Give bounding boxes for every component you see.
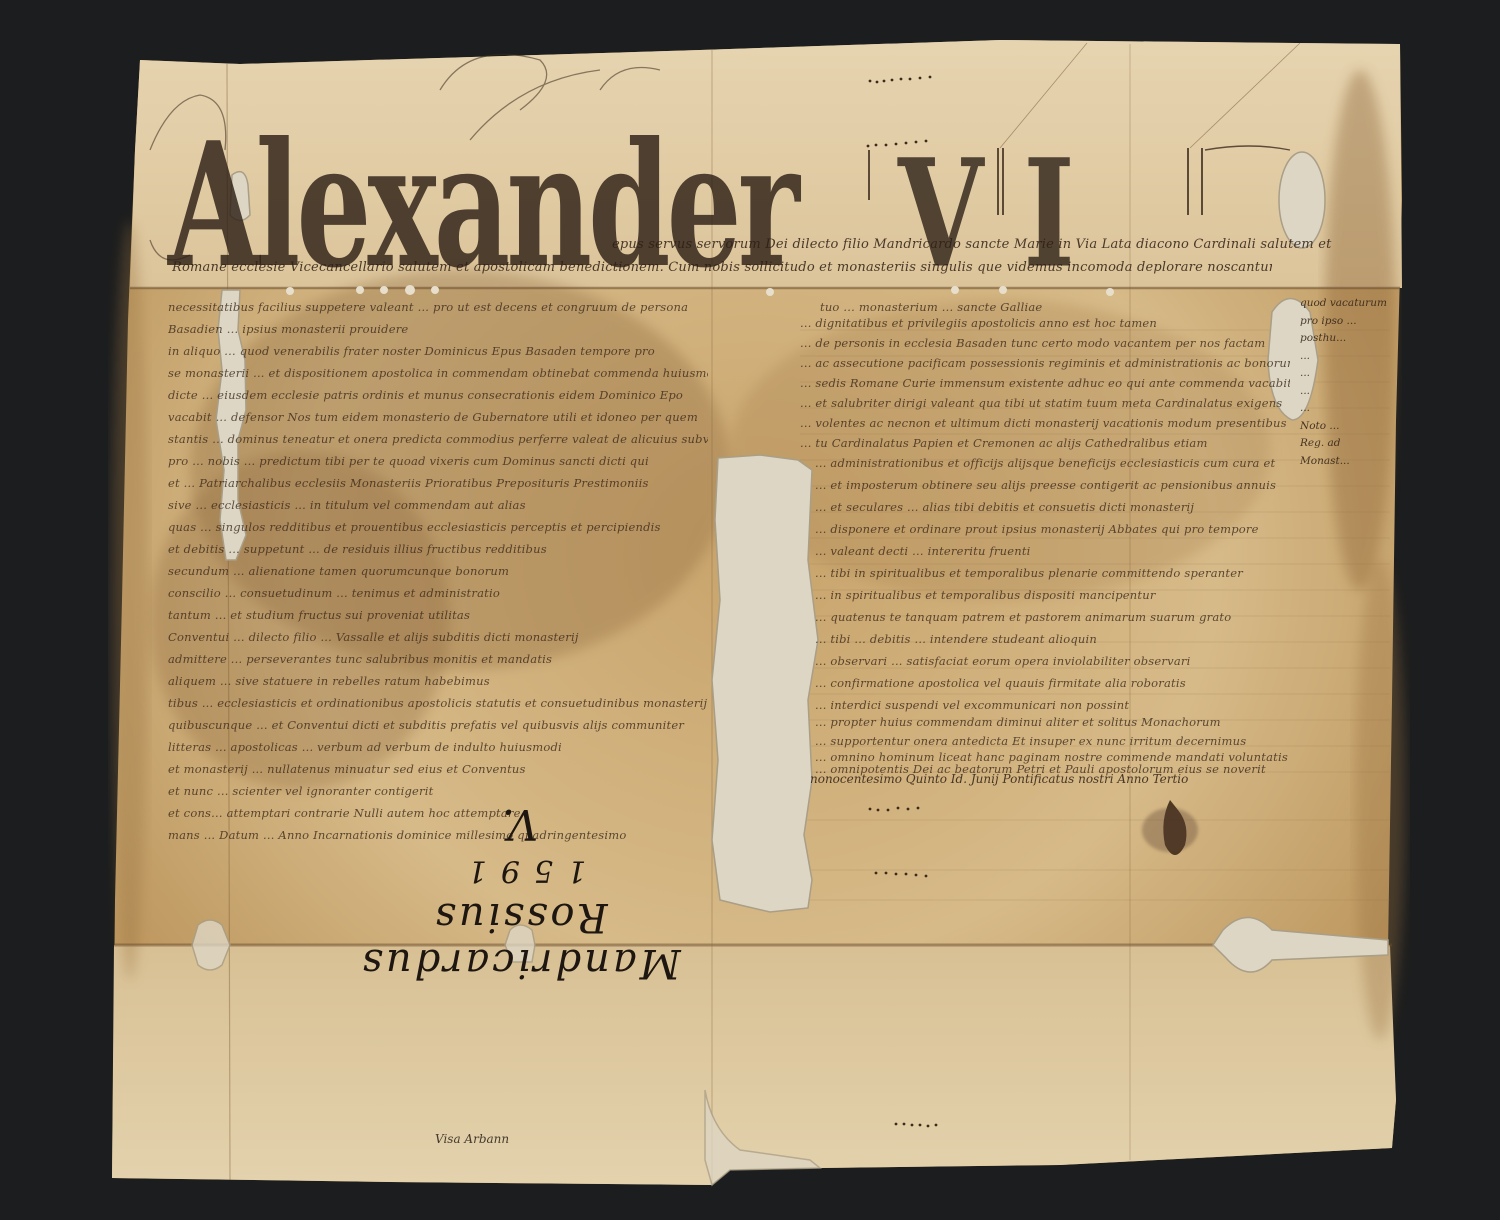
text-line: pro ... nobis ... predictum tibi per te … <box>168 454 708 468</box>
text-line: ... et salubriter dirigi valeant qua tib… <box>800 396 1290 410</box>
text-line: ... et imposterum obtinere seu alijs pre… <box>815 478 1290 492</box>
text-line: aliquem ... sive statuere in rebelles ra… <box>168 674 708 688</box>
marginal-line: ... <box>1300 383 1390 401</box>
text-line: Conventui ... dilecto filio ... Vassalle… <box>168 630 708 644</box>
marginal-line: pro ipso ... <box>1300 313 1390 331</box>
text-line: tantum ... et studium fructus sui proven… <box>168 608 708 622</box>
text-line: ... propter huius commendam diminui alit… <box>815 715 1290 729</box>
text-line: et debitis ... suppetunt ... de residuis… <box>168 542 708 556</box>
marginal-line: ... <box>1300 400 1390 418</box>
text-line: ... tu Cardinalatus Papien et Cremonen a… <box>800 436 1290 450</box>
text-line: se monasterii ... et dispositionem apost… <box>168 366 708 380</box>
text-line: ... quatenus te tanquam patrem et pastor… <box>815 610 1290 624</box>
text-line: ... interdici suspendi vel excommunicari… <box>815 698 1290 712</box>
text-line: ... ac assecutione pacificam possessioni… <box>800 356 1290 370</box>
text-line: stantis ... dominus teneatur et onera pr… <box>168 432 708 446</box>
text-line: secundum ... alienatione tamen quorumcun… <box>168 564 708 578</box>
marginal-line: Reg. ad Monast... <box>1300 435 1390 470</box>
text-line: ... et seculares ... alias tibi debitis … <box>815 500 1290 514</box>
text-line: ... supportentur onera antedicta Et insu… <box>815 734 1290 748</box>
text-line: ... valeant decti ... intereritu fruenti <box>815 544 1290 558</box>
text-line: Basadien ... ipsius monasterii prouidere <box>168 322 708 336</box>
text-line: ... dignitatibus et privilegiis apostoli… <box>800 316 1290 330</box>
dorsal-year: 1591 <box>345 853 695 888</box>
text-line: ... de personis in ecclesia Basaden tunc… <box>800 336 1290 350</box>
text-line: ... observari ... satisfaciat eorum oper… <box>815 654 1290 668</box>
text-line: tibus ... ecclesiasticis et ordinationib… <box>168 696 708 710</box>
text-line: ... disponere et ordinare prout ipsius m… <box>815 522 1290 536</box>
dating-clause: nonocentesimo Quinto Id. Junij Pontifica… <box>810 772 1188 786</box>
text-line: et ... Patriarchalibus ecclesiis Monaste… <box>168 476 708 490</box>
text-line: litteras ... apostolicas ... verbum ad v… <box>168 740 708 754</box>
text-line: ... volentes ac necnon et ultimum dicti … <box>800 416 1290 430</box>
text-line: et monasterij ... nullatenus minuatur se… <box>168 762 708 776</box>
text-line: sive ... ecclesiasticis ... in titulum v… <box>168 498 708 512</box>
photo-background: Alexander VI epus servus servorum Dei di… <box>0 0 1500 1220</box>
text-line: quibuscunque ... et Conventui dicti et s… <box>168 718 708 732</box>
text-line: in aliquo ... quod venerabilis frater no… <box>168 344 708 358</box>
text-line: quas ... singulos redditibus et prouenti… <box>168 520 708 534</box>
dorsal-name: Mandricardus Rossius <box>345 894 695 986</box>
text-line: vacabit ... defensor Nos tum eidem monas… <box>168 410 708 424</box>
text-line: ... administrationibus et officijs alijs… <box>815 456 1290 470</box>
text-line: tuo ... monasterium ... sancte Galliae <box>820 300 1290 314</box>
text-line: ... tibi ... debitis ... intendere stude… <box>815 632 1290 646</box>
bottom-note: Visa Arbann <box>435 1132 509 1146</box>
text-line: ... in spiritualibus et temporalibus dis… <box>815 588 1290 602</box>
text-line: ... confirmatione apostolica vel quauis … <box>815 676 1290 690</box>
text-line: ... sedis Romane Curie immensum existent… <box>800 376 1290 390</box>
text-line: ... tibi in spiritualibus et temporalibu… <box>815 566 1290 580</box>
text-line: dicte ... eiusdem ecclesie patris ordini… <box>168 388 708 402</box>
marginal-line: posthu... <box>1300 330 1390 348</box>
marginal-line: ... <box>1300 365 1390 383</box>
text-line: et nunc ... scienter vel ignoranter cont… <box>168 784 708 798</box>
heading-line-1: epus servus servorum Dei dilecto filio M… <box>612 237 1382 252</box>
parchment-sheet: Alexander VI epus servus servorum Dei di… <box>0 0 1500 1220</box>
marginal-note: quod vacaturum pro ipso ... posthu... ..… <box>1300 295 1390 470</box>
marginal-line: ... <box>1300 348 1390 366</box>
dorsal-note: Mandricardus Rossius 1591 V. <box>345 800 695 986</box>
text-line: conscilio ... consuetudinum ... tenimus … <box>168 586 708 600</box>
dorsal-mark: V. <box>345 800 695 849</box>
marginal-line: Noto ... <box>1300 418 1390 436</box>
heading-line-2: Romane ecclesie Vicecancellario salutem … <box>172 260 1272 275</box>
text-line: admittere ... perseverantes tunc salubri… <box>168 652 708 666</box>
marginal-line: quod vacaturum <box>1300 295 1390 313</box>
text-line: necessitatibus facilius suppetere valean… <box>168 300 708 314</box>
